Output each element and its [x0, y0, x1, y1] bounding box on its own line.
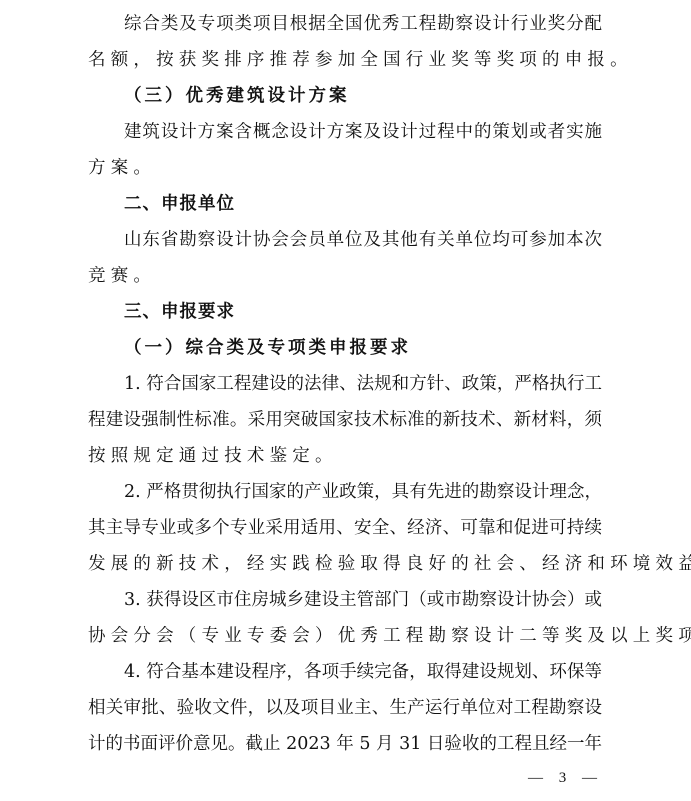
paragraph-line: 协会分会（专业专委会）优秀工程勘察设计二等奖及以上奖项。: [88, 618, 602, 654]
paragraph-line: 2. 严格贯彻执行国家的产业政策，具有先进的勘察设计理念，: [88, 474, 602, 510]
paragraph-line: 建筑设计方案含概念设计方案及设计过程中的策划或者实施: [88, 114, 602, 150]
paragraph-line: 计的书面评价意见。截止 2023 年 5 月 31 日验收的工程且经一年: [88, 726, 602, 762]
paragraph-line: 3. 获得设区市住房城乡建设主管部门（或市勘察设计协会）或: [88, 582, 602, 618]
paragraph-line: 程建设强制性标准。采用突破国家技术标准的新技术、新材料，须: [88, 402, 602, 438]
document-page: 综合类及专项类项目根据全国优秀工程勘察设计行业奖分配 名额，按获奖排序推荐参加全…: [88, 6, 602, 762]
paragraph-line: 竞赛。: [88, 258, 602, 294]
paragraph-line: 方案。: [88, 150, 602, 186]
section-heading: 三、申报要求: [88, 294, 602, 330]
section-heading: 二、申报单位: [88, 186, 602, 222]
page-number: — 3 —: [528, 770, 603, 787]
section-subheading: （三）优秀建筑设计方案: [88, 78, 602, 114]
paragraph-line: 山东省勘察设计协会会员单位及其他有关单位均可参加本次: [88, 222, 602, 258]
paragraph-line: 相关审批、验收文件，以及项目业主、生产运行单位对工程勘察设: [88, 690, 602, 726]
paragraph-line: 综合类及专项类项目根据全国优秀工程勘察设计行业奖分配: [88, 6, 602, 42]
paragraph-line: 4. 符合基本建设程序，各项手续完备，取得建设规划、环保等: [88, 654, 602, 690]
paragraph-line: 名额，按获奖排序推荐参加全国行业奖等奖项的申报。: [88, 42, 602, 78]
paragraph-line: 1. 符合国家工程建设的法律、法规和方针、政策，严格执行工: [88, 366, 602, 402]
section-subheading: （一）综合类及专项类申报要求: [88, 330, 602, 366]
paragraph-line: 按照规定通过技术鉴定。: [88, 438, 602, 474]
paragraph-line: 发展的新技术，经实践检验取得良好的社会、经济和环境效益。: [88, 546, 602, 582]
paragraph-line: 其主导专业或多个专业采用适用、安全、经济、可靠和促进可持续: [88, 510, 602, 546]
